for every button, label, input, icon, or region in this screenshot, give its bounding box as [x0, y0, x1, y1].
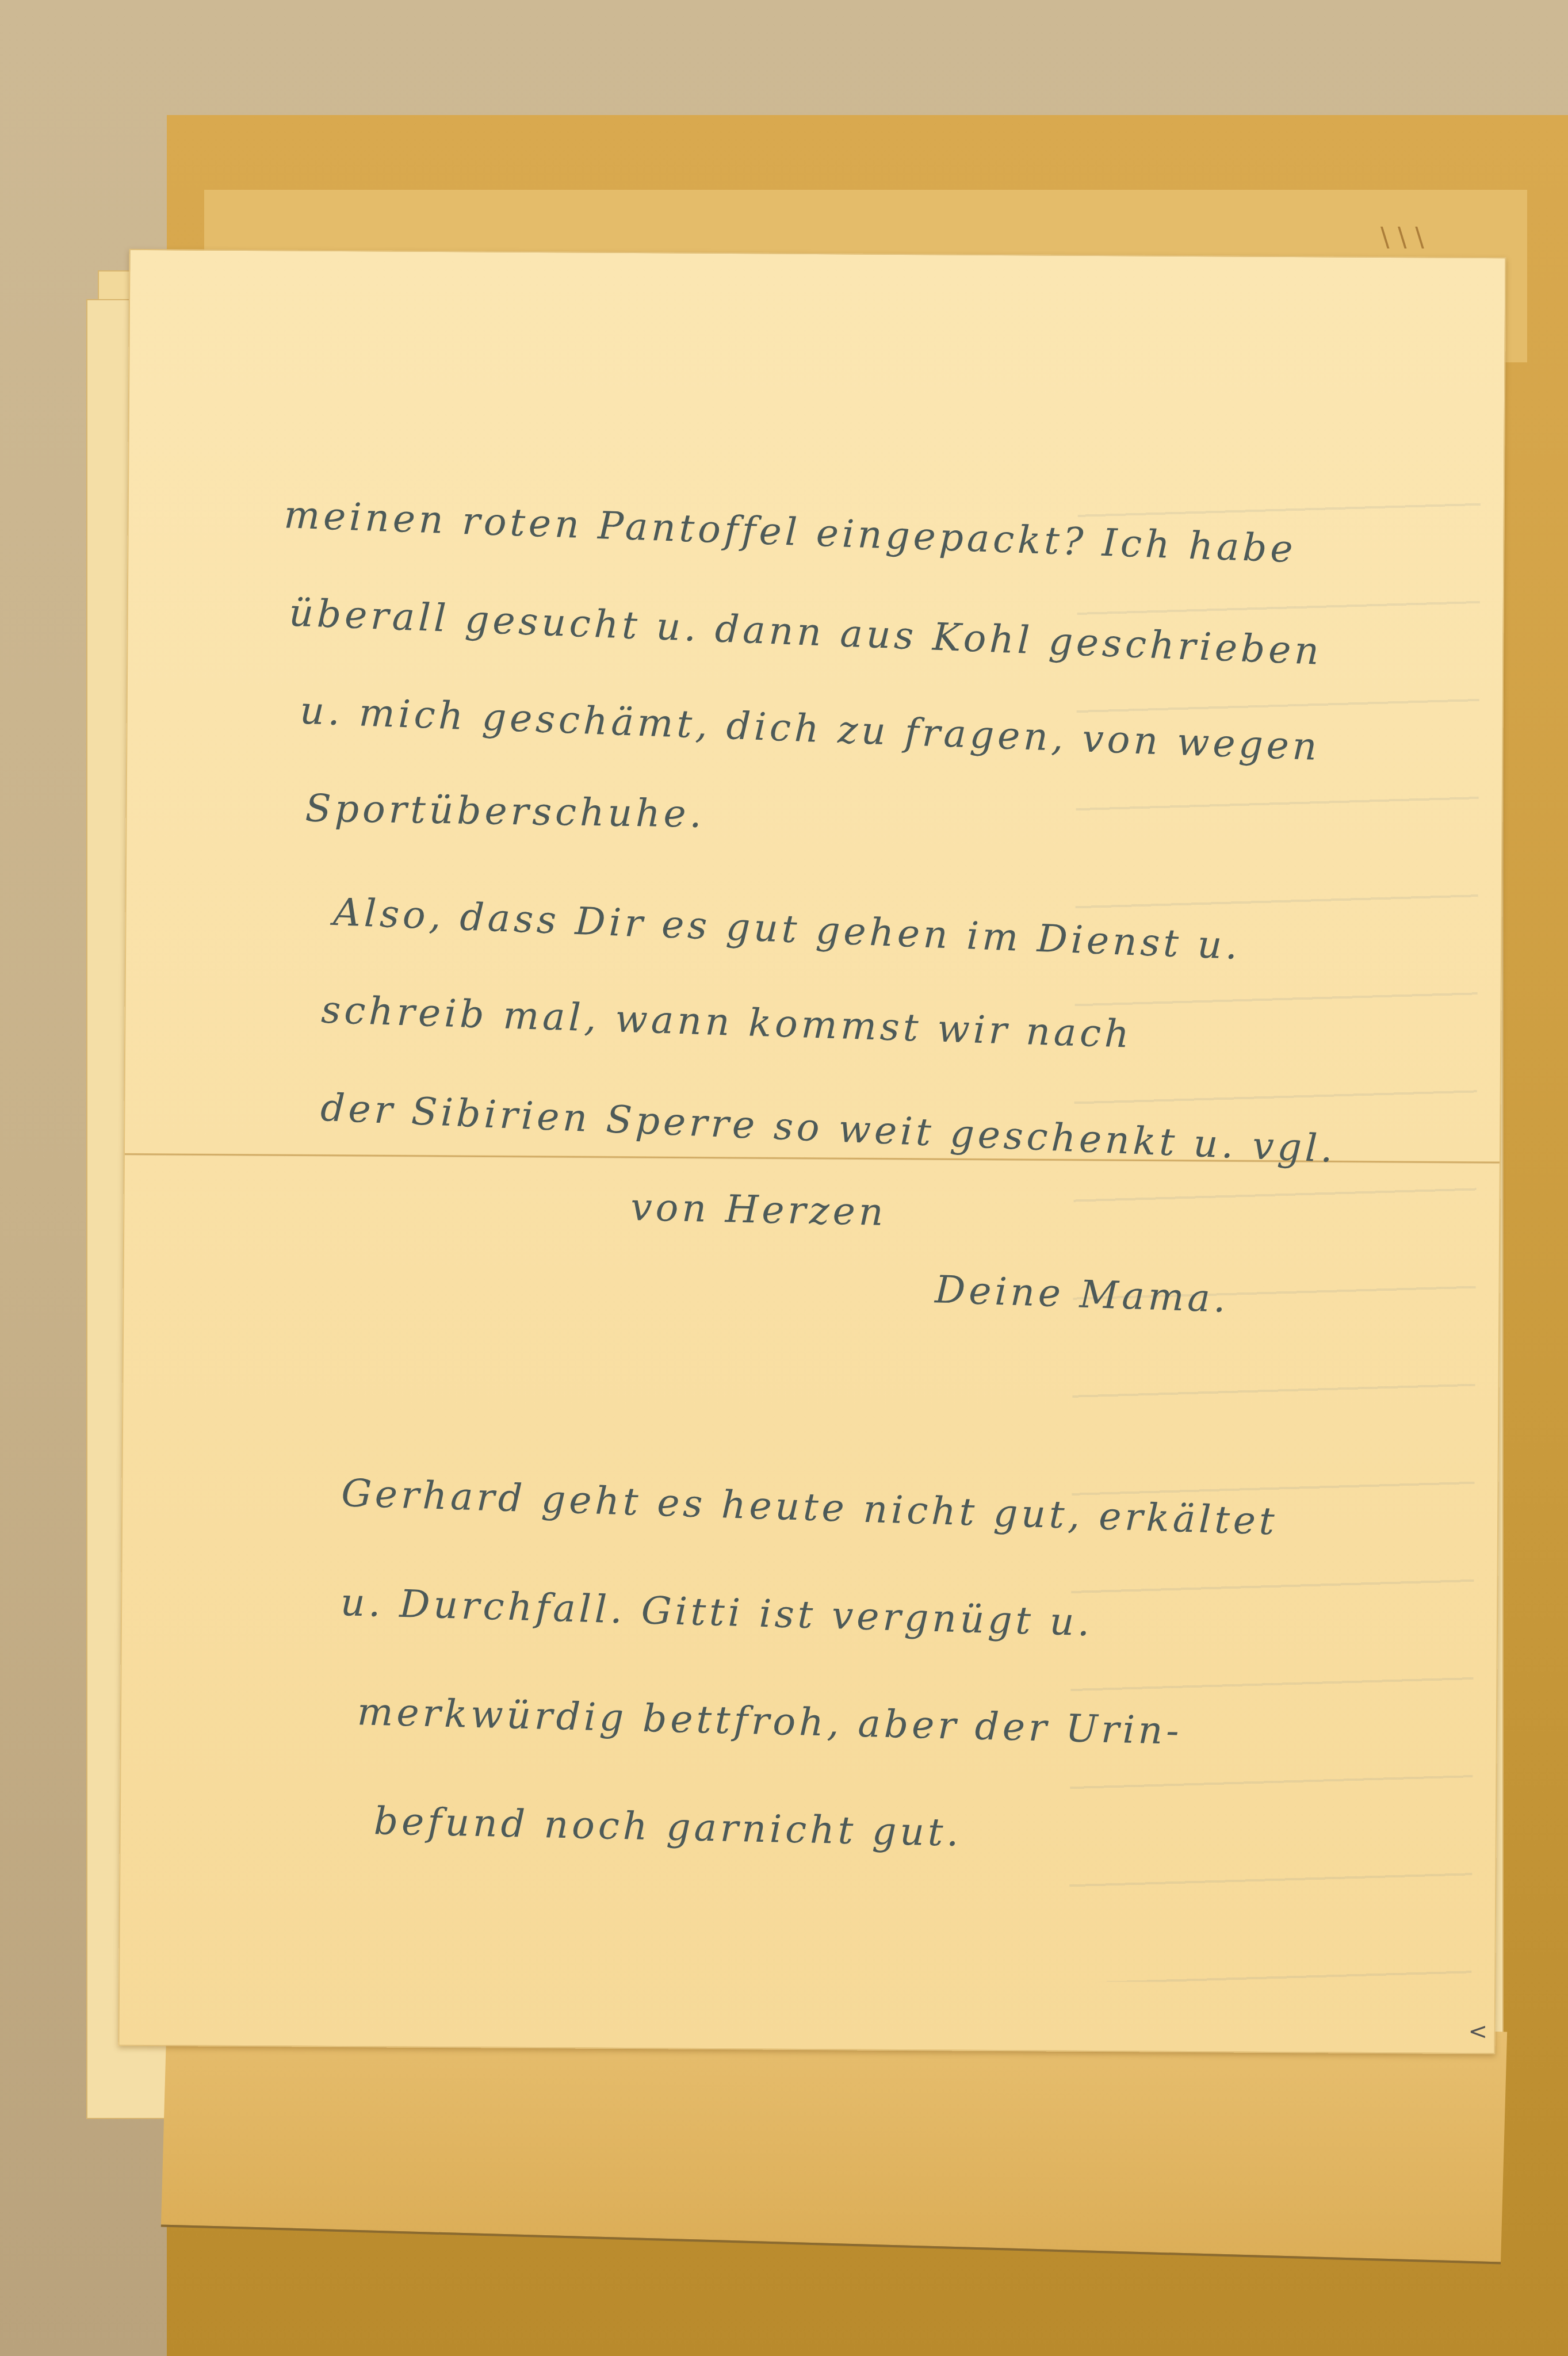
postscript-line: u. Durchfall. Gitti ist vergnügt u. [340, 1580, 1093, 1644]
signature: Deine Mama. [934, 1267, 1230, 1321]
postscript-line: befund noch garnicht gut. [373, 1799, 962, 1855]
corner-mark: < [1468, 2018, 1488, 2045]
letter-page: meinen roten Pantoffel eingepackt? Ich h… [118, 249, 1506, 2055]
postscript-line: merkwürdig bettfroh, aber der Urin- [357, 1689, 1183, 1753]
letter-line: Sportüberschuhe. [305, 786, 705, 836]
letter-line: schreib mal, wann kommst wir nach [320, 988, 1133, 1057]
closing: von Herzen [630, 1185, 887, 1234]
pencil-mark: \ \ \ [1380, 221, 1424, 253]
